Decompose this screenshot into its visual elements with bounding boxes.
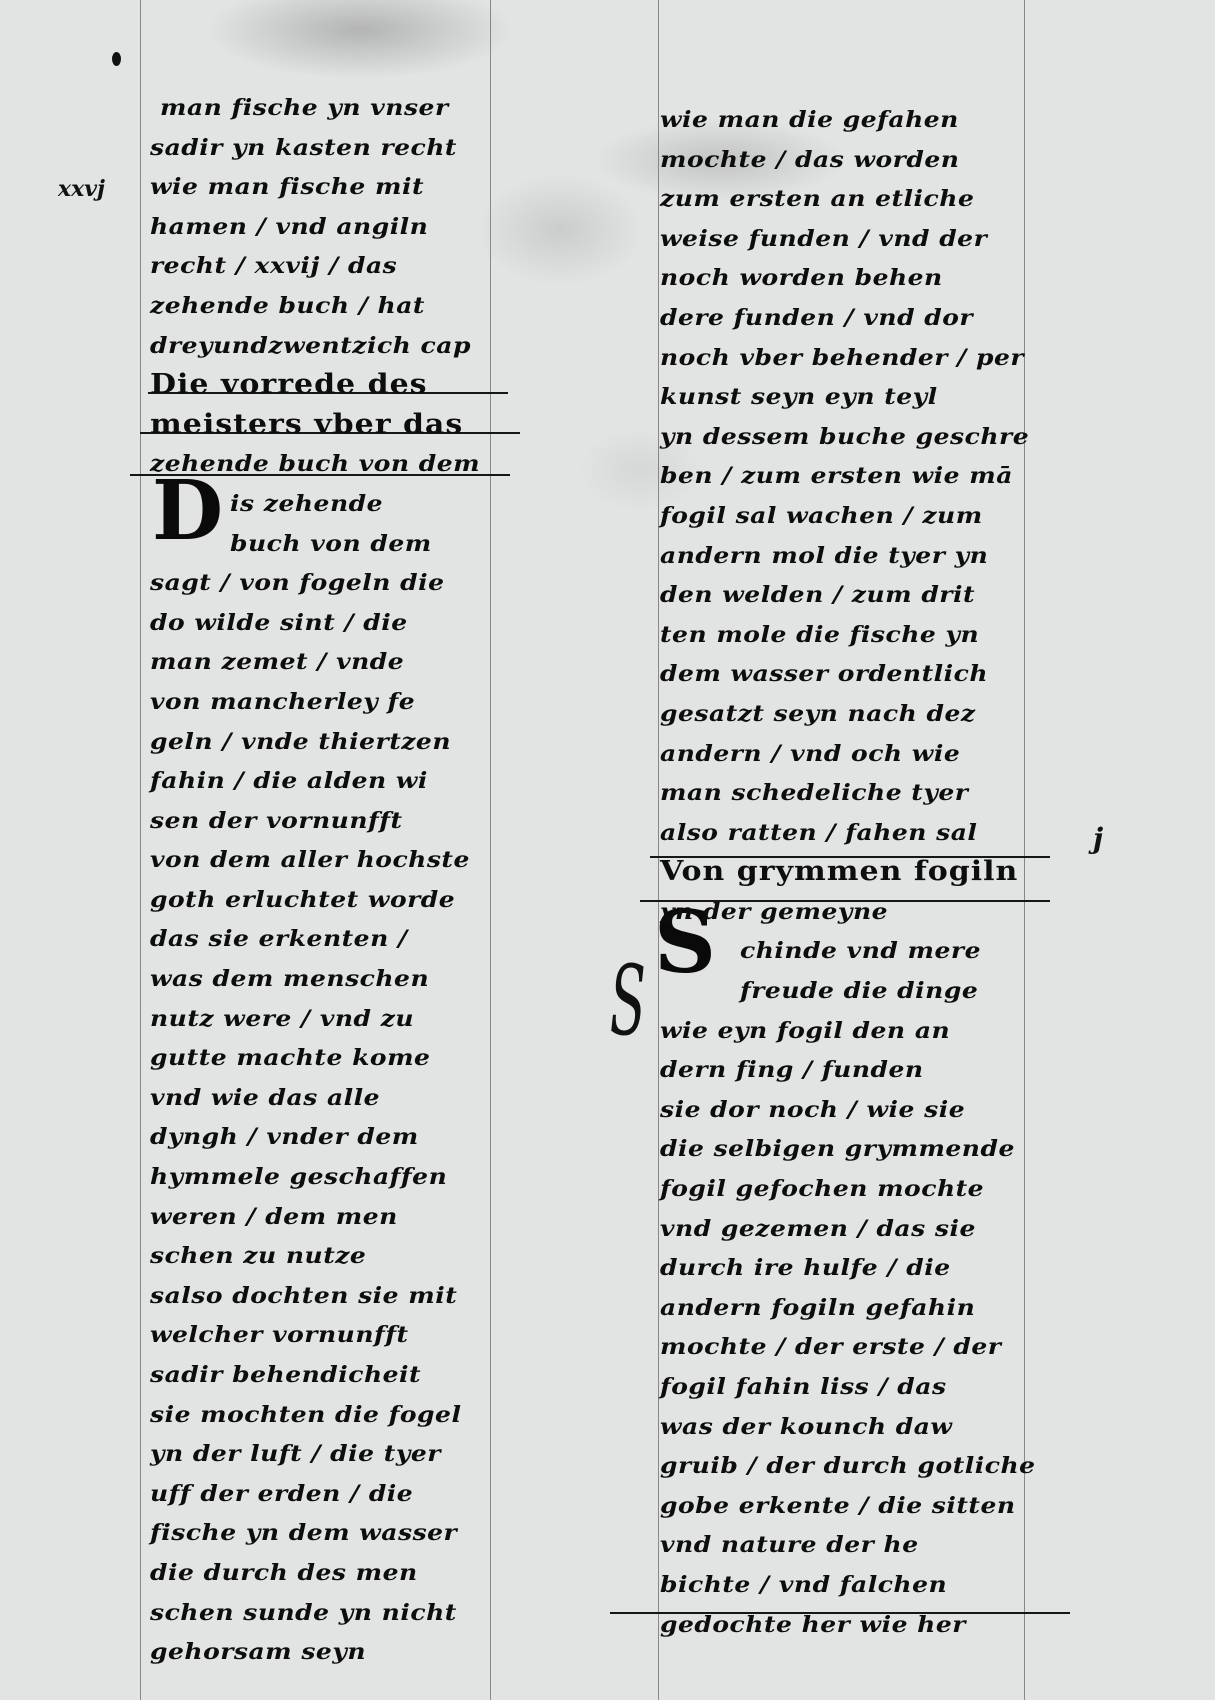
text-line: dyngh / vnder dem [150, 1119, 500, 1155]
text-line: man zemet / vnde [150, 644, 500, 680]
text-line: hamen / vnd angiln [150, 209, 500, 245]
text-line: schen sunde yn nicht [150, 1595, 500, 1631]
text-line: sie dor noch / wie sie [660, 1092, 1040, 1128]
text-line: die selbigen grymmende [660, 1131, 1040, 1167]
text-line: gedochte her wie her [660, 1607, 1040, 1643]
text-line: fahin / die alden wi [150, 763, 500, 799]
text-line: andern fogiln gefahin [660, 1290, 1040, 1326]
text-line: man schedeliche tyer [660, 775, 1040, 811]
section-heading-sub: zehende buch von dem [150, 446, 500, 482]
text-line: von mancherley fe [150, 684, 500, 720]
text-line: gutte machte kome [150, 1040, 500, 1076]
text-line: gruib / der durch gotliche [660, 1448, 1040, 1484]
text-line: das sie erkenten / [150, 921, 500, 957]
text-line: dem wasser ordentlich [660, 656, 1040, 692]
text-line: sadir behendicheit [150, 1357, 500, 1393]
text-line: gesatzt seyn nach dez [660, 696, 1040, 732]
text-line: vnd nature der he [660, 1527, 1040, 1563]
text-line: freude die dinge [660, 973, 1040, 1009]
text-line: bichte / vnd falchen [660, 1567, 1040, 1603]
text-line: salso dochten sie mit [150, 1278, 500, 1314]
text-line: buch von dem [150, 526, 500, 562]
text-line: andern mol die tyer yn [660, 538, 1040, 574]
text-line: andern / vnd och wie [660, 735, 1040, 771]
text-line: chinde vnd mere [660, 933, 1040, 969]
text-line: welcher vornunfft [150, 1317, 500, 1353]
text-line: mochte / das worden [660, 142, 1040, 178]
text-line: recht / xxvij / das [150, 248, 500, 284]
text-line: yn der luft / die tyer [150, 1436, 500, 1472]
text-line: man fische yn vnser [150, 90, 500, 126]
text-line: ben / zum ersten wie mā [660, 458, 1040, 494]
section-heading-sub: yn der gemeyne [660, 894, 1040, 930]
text-line: yn dessem buche geschre [660, 419, 1040, 455]
ruling-left-outer [140, 0, 141, 1700]
text-line: fogil fahin liss / das [660, 1369, 1040, 1405]
text-line: weise funden / vnd der [660, 221, 1040, 257]
text-line: die durch des men [150, 1555, 500, 1591]
marginal-flourish-s: S [610, 945, 646, 1057]
right-text-column: wie man die gefahen mochte / das worden … [660, 100, 1040, 1644]
text-line: goth erluchtet worde [150, 882, 500, 918]
left-text-column: man fische yn vnser sadir yn kasten rech… [150, 88, 500, 1672]
text-line: schen zu nutze [150, 1238, 500, 1274]
ink-dot [112, 52, 121, 66]
text-line: durch ire hulfe / die [660, 1250, 1040, 1286]
text-line: was der kounch daw [660, 1409, 1040, 1445]
text-line: sie mochten die fogel [150, 1397, 500, 1433]
manuscript-page: xxvj j D S S man fische yn vnser sadir y… [0, 0, 1215, 1700]
text-line: hymmele geschaffen [150, 1159, 500, 1195]
text-line: dreyundzwentzich cap [150, 328, 500, 364]
text-line: fische yn dem wasser [150, 1515, 500, 1551]
text-line: sadir yn kasten recht [150, 130, 500, 166]
text-line: sen der vornunfft [150, 803, 500, 839]
text-line: den welden / zum drit [660, 577, 1040, 613]
text-line: nutz were / vnd zu [150, 1001, 500, 1037]
text-line: noch worden behen [660, 260, 1040, 296]
section-heading: meisters vber das [150, 407, 500, 443]
text-line: vnd wie das alle [150, 1080, 500, 1116]
text-line: geln / vnde thiertzen [150, 723, 500, 759]
text-line: dere funden / vnd dor [660, 300, 1040, 336]
text-line: mochte / der erste / der [660, 1329, 1040, 1365]
text-line: was dem menschen [150, 961, 500, 997]
text-line: wie man die gefahen [660, 102, 1040, 138]
text-line: von dem aller hochste [150, 842, 500, 878]
text-line: dern fing / funden [660, 1052, 1040, 1088]
text-line: also ratten / fahen sal [660, 815, 1040, 851]
text-line: zehende buch / hat [150, 288, 500, 324]
text-line: wie man fische mit [150, 169, 500, 205]
text-line: wie eyn fogil den an [660, 1013, 1040, 1049]
marginal-chapter-number: xxvj [58, 176, 105, 202]
section-heading: Die vorrede des [150, 367, 500, 403]
text-line: gehorsam seyn [150, 1634, 500, 1670]
text-line: noch vber behender / per [660, 340, 1040, 376]
ruling-right-outer [658, 0, 659, 1700]
text-line: kunst seyn eyn teyl [660, 379, 1040, 415]
text-line: zum ersten an etliche [660, 181, 1040, 217]
text-line: ten mole die fische yn [660, 617, 1040, 653]
text-line: gobe erkente / die sitten [660, 1488, 1040, 1524]
text-line: fogil sal wachen / zum [660, 498, 1040, 534]
text-line: vnd gezemen / das sie [660, 1211, 1040, 1247]
text-line: is zehende [150, 486, 500, 522]
text-line: weren / dem men [150, 1199, 500, 1235]
marginal-folio-number: j [1093, 822, 1103, 855]
section-heading: Von grymmen fogiln [660, 854, 1040, 890]
text-line: fogil gefochen mochte [660, 1171, 1040, 1207]
text-line: sagt / von fogeln die [150, 565, 500, 601]
text-line: uff der erden / die [150, 1476, 500, 1512]
text-line: do wilde sint / die [150, 605, 500, 641]
